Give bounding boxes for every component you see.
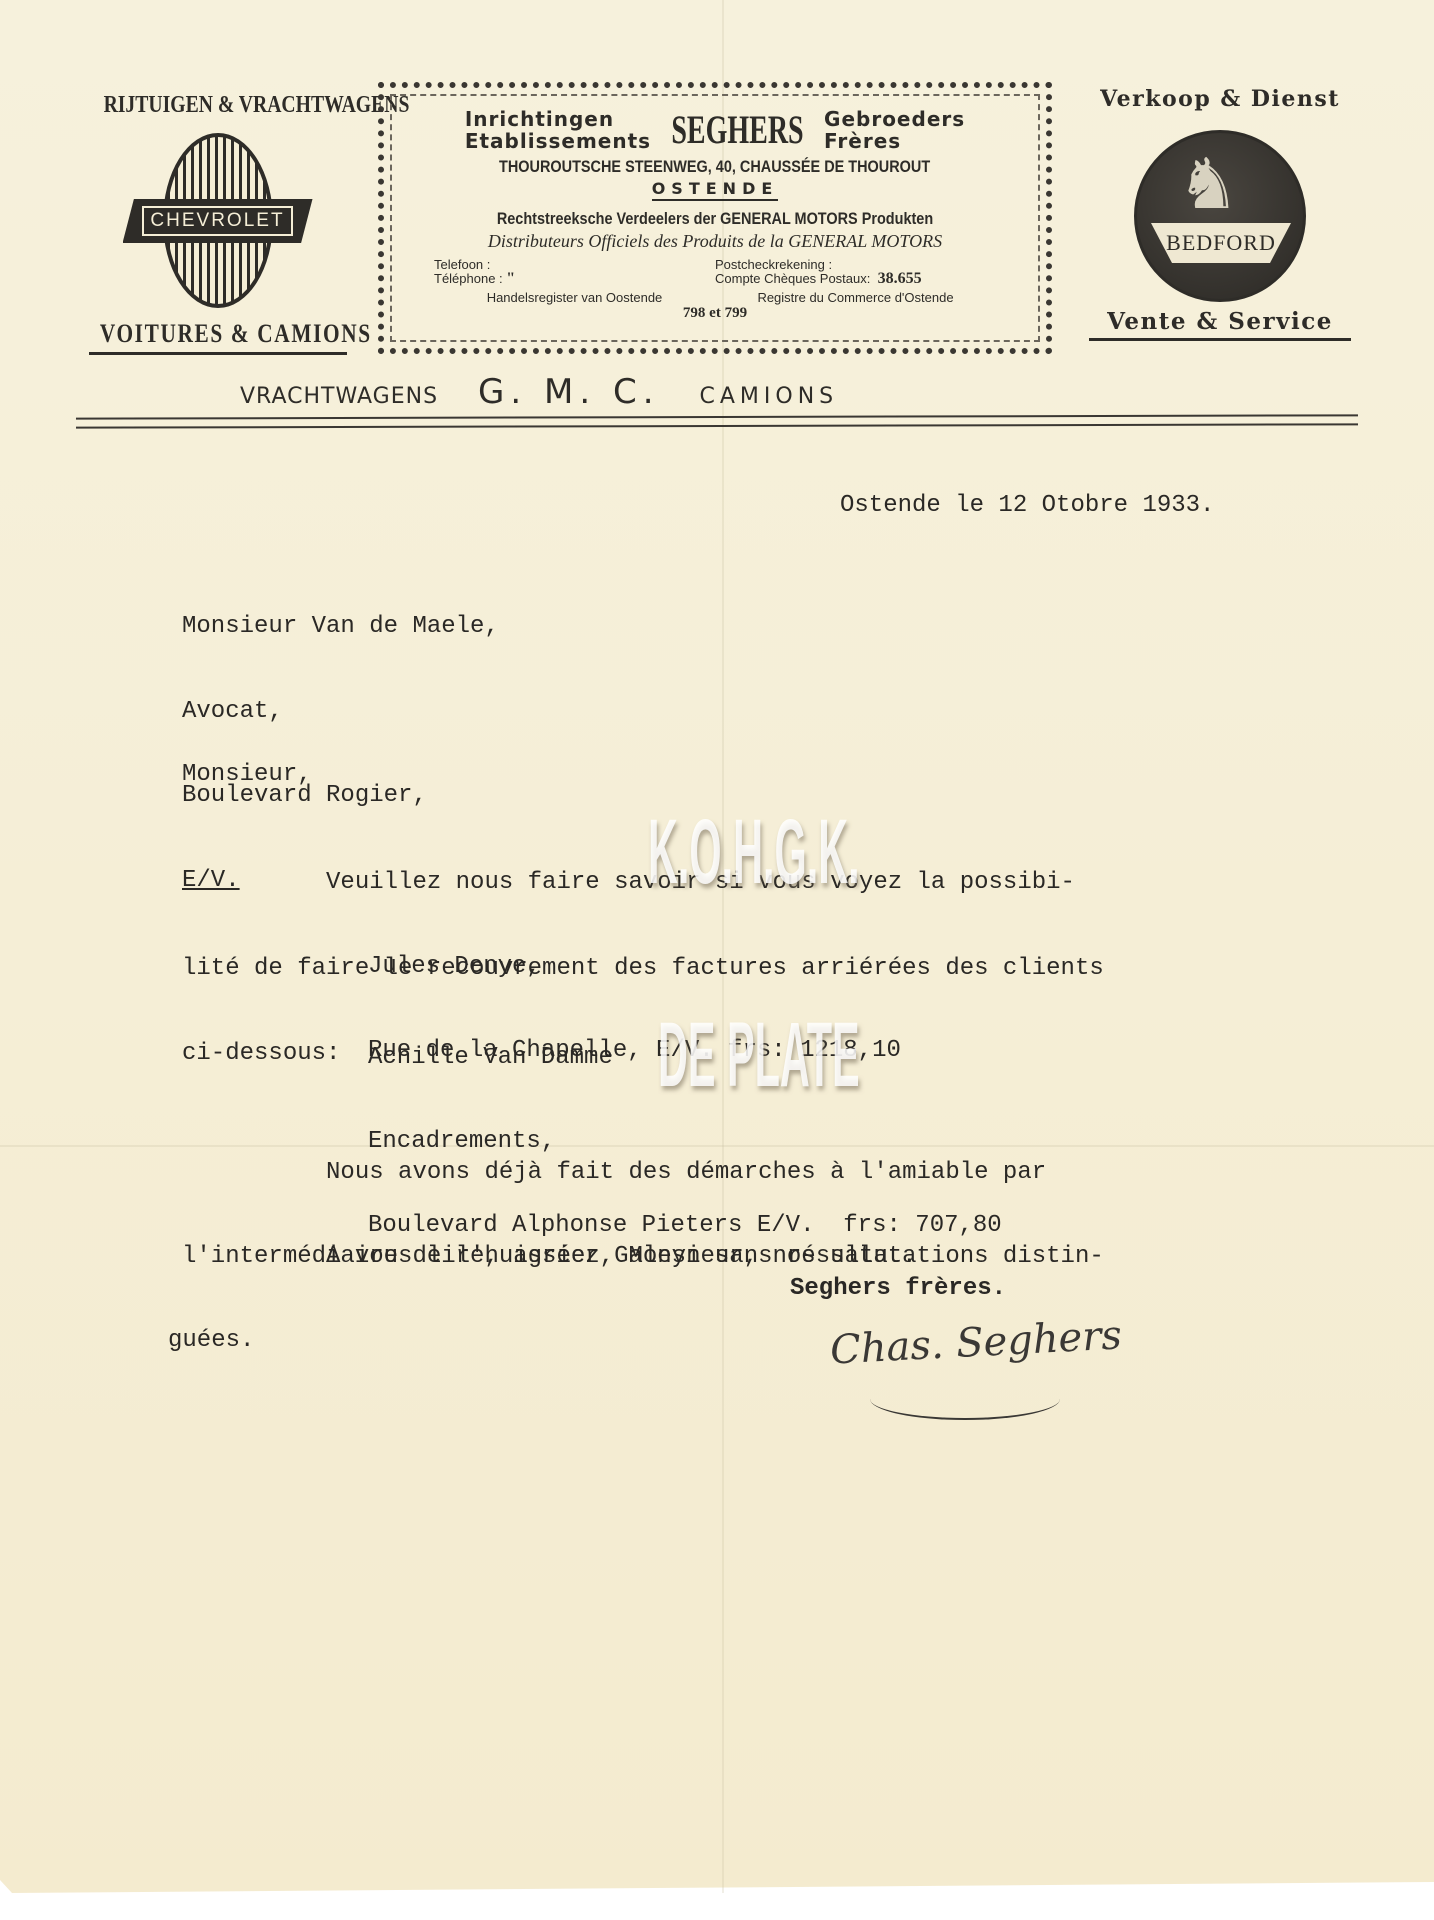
- chevrolet-top-text: RIJTUIGEN & VRACHTWAGENS: [104, 92, 410, 119]
- company-prefix-fr: Etablissements: [465, 130, 651, 152]
- letterhead-left-chevrolet: RIJTUIGEN & VRACHTWAGENS CHEVROLET VOITU…: [70, 92, 365, 355]
- letterhead-center-box: Inrichtingen Etablissements SEGHERS Gebr…: [378, 82, 1052, 354]
- bedford-top-text: Verkoop & Dienst: [1070, 86, 1370, 112]
- letter-date: Ostende le 12 Otobre 1933.: [840, 492, 1214, 520]
- register-nl: Handelsregister van Oostende: [434, 290, 715, 305]
- closing-line: Seghers frères.: [790, 1275, 1006, 1303]
- chevrolet-bottom-text: VOITURES & CAMIONS: [100, 319, 372, 349]
- griffin-icon: ♞: [1177, 151, 1240, 221]
- chevrolet-logo-label: CHEVROLET: [142, 206, 292, 236]
- company-suffix: Gebroeders Frères: [824, 108, 965, 152]
- watermark-line-2: DE PLATE: [658, 1003, 860, 1108]
- paragraph-line: Veuillez nous faire savoir si vous voyez…: [182, 869, 1104, 898]
- gmc-line: VRACHTWAGENS G. M. C. CAMIONS: [240, 372, 1140, 412]
- chevrolet-bowtie-icon: CHEVROLET: [123, 133, 313, 313]
- letterhead-right-bedford: Verkoop & Dienst ♞ BEDFORD Vente & Servi…: [1070, 86, 1370, 341]
- postal-block: Postcheckrekening : Compte Chèques Posta…: [715, 258, 996, 286]
- bedford-plate: BEDFORD: [1151, 223, 1291, 263]
- gmc-right-text: CAMIONS: [700, 384, 839, 409]
- company-name-row: Inrichtingen Etablissements SEGHERS Gebr…: [434, 106, 996, 153]
- company-name: SEGHERS: [671, 106, 803, 153]
- postal-label-nl: Postcheckrekening :: [715, 258, 996, 272]
- bedford-underline: [1089, 338, 1351, 341]
- bedford-bottom-text: Vente & Service: [1070, 308, 1370, 335]
- distributor-line-fr: Distributeurs Officiels des Produits de …: [434, 231, 996, 252]
- register-row: Handelsregister van Oostende Registre du…: [434, 290, 996, 305]
- client-line: Jules Denye,: [368, 953, 901, 981]
- recipient-line: Avocat,: [182, 698, 499, 727]
- company-prefix: Inrichtingen Etablissements: [465, 108, 651, 152]
- chevrolet-underline: [89, 352, 347, 355]
- company-address: THOUROUTSCHE STEENWEG, 40, CHAUSSÉE DE T…: [499, 157, 930, 177]
- watermark-line-1: K.O.H.G.K.: [648, 800, 860, 905]
- company-prefix-nl: Inrichtingen: [465, 108, 651, 130]
- bedford-logo-label: BEDFORD: [1166, 230, 1276, 256]
- company-suffix-fr: Frères: [824, 130, 965, 152]
- distributor-line-nl: Rechtstreeksche Verdeelers der GENERAL M…: [476, 209, 954, 229]
- postal-value: 38.655: [878, 270, 922, 287]
- company-city: OSTENDE: [652, 179, 779, 201]
- gmc-left-text: VRACHTWAGENS: [240, 384, 438, 409]
- phone-value: ": [506, 270, 515, 287]
- phone-label-fr: Téléphone :: [434, 271, 503, 286]
- paragraph-line: Nous avons déjà fait des démarches à l'a…: [182, 1159, 1046, 1187]
- register-fr: Registre du Commerce d'Ostende: [715, 290, 996, 305]
- company-suffix-nl: Gebroeders: [824, 108, 965, 130]
- bedford-griffin-icon: ♞ BEDFORD: [1134, 130, 1306, 302]
- register-numbers: 798 et 799: [434, 305, 996, 322]
- contact-grid: Telefoon : Téléphone : " Postcheckrekeni…: [434, 258, 996, 286]
- signature-swash: [870, 1378, 1060, 1420]
- phone-label-nl: Telefoon :: [434, 258, 715, 272]
- postal-label-fr: Compte Chèques Postaux:: [715, 271, 870, 286]
- salutation: Monsieur,: [182, 761, 312, 789]
- paragraph-line: A vous lire, agréez, Monsieur, nos salut…: [182, 1243, 1104, 1271]
- phone-block: Telefoon : Téléphone : ": [434, 258, 715, 286]
- recipient-line: Monsieur Van de Maele,: [182, 613, 499, 642]
- gmc-center-text: G. M. C.: [478, 372, 659, 412]
- chevrolet-bowtie: CHEVROLET: [123, 199, 313, 243]
